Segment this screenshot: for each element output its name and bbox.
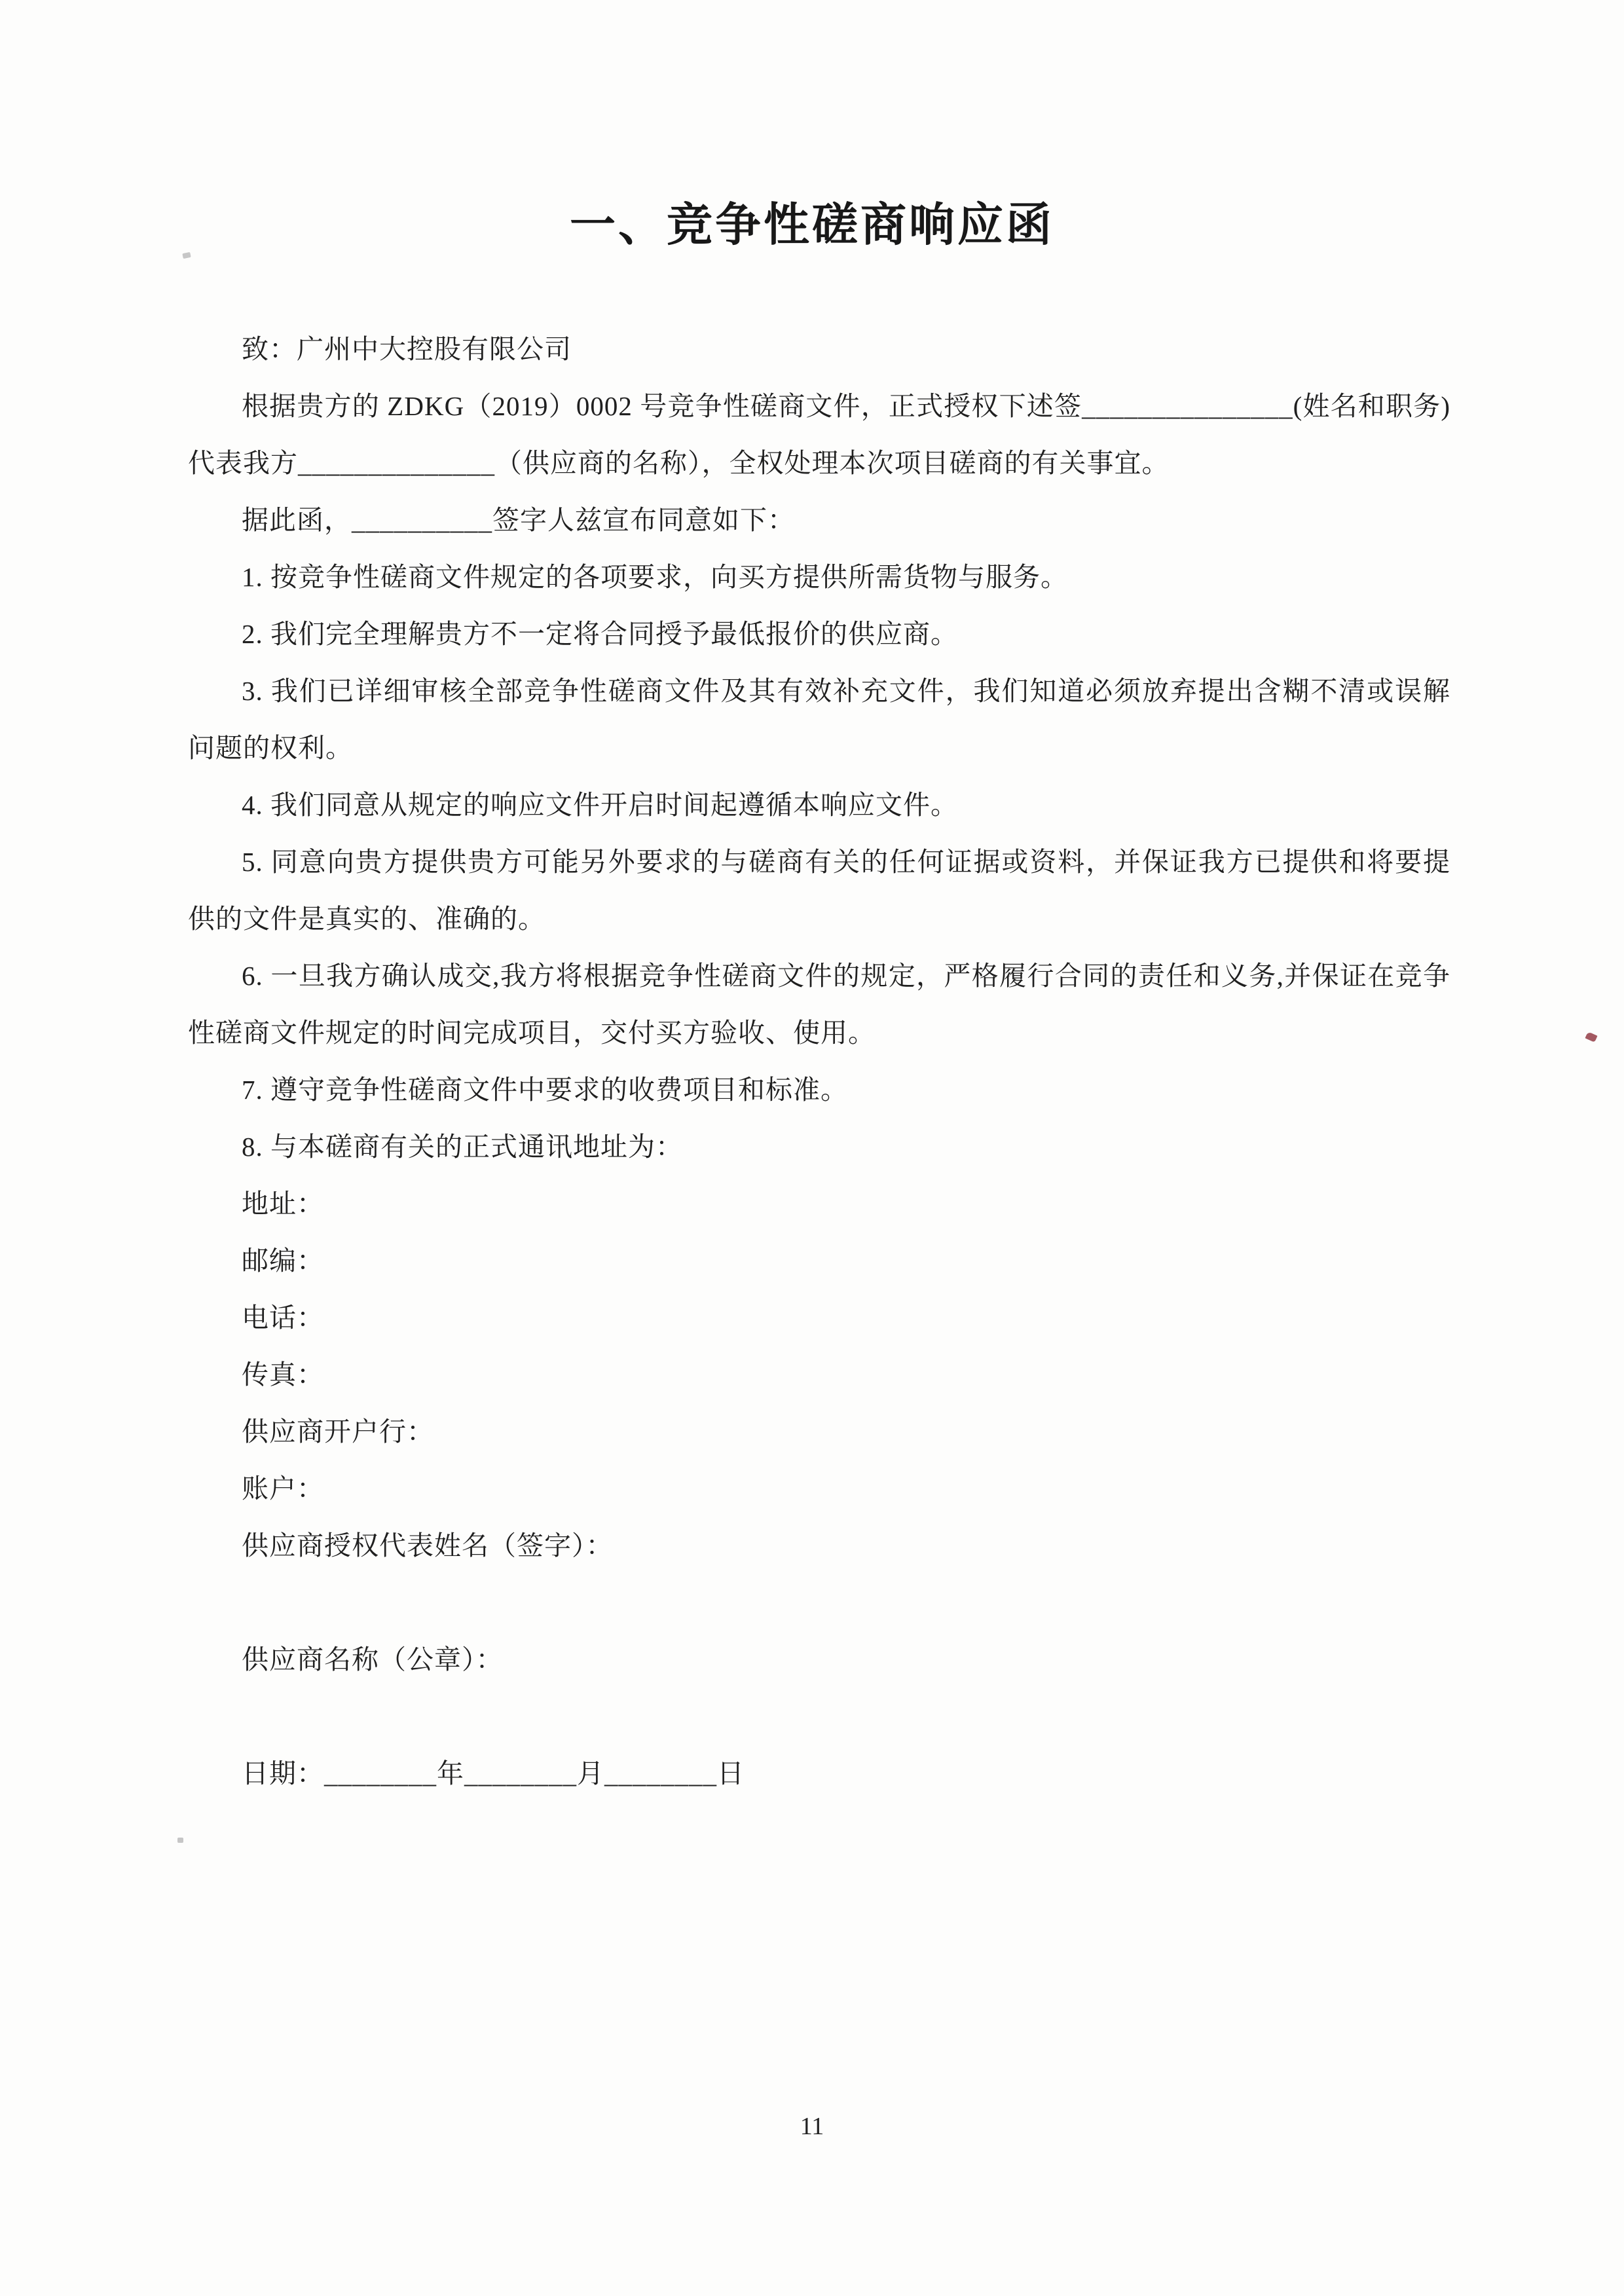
page-number: 11 xyxy=(0,2112,1624,2141)
term-2: 2. 我们完全理解贵方不一定将合同授予最低报价的供应商。 xyxy=(188,606,1450,663)
term-8: 8. 与本磋商有关的正式通讯地址为： xyxy=(188,1119,1450,1176)
bank-label-line: 供应商开户行： xyxy=(188,1403,1450,1460)
page-title: 一、竞争性磋商响应函 xyxy=(0,0,1624,255)
fax-label-line: 传真： xyxy=(188,1346,1450,1403)
account-label-line: 账户： xyxy=(188,1460,1450,1517)
phone-label-line: 电话： xyxy=(188,1289,1450,1346)
addressee-line: 致：广州中大控股有限公司 xyxy=(188,321,1450,378)
term-7: 7. 遵守竞争性磋商文件中要求的收费项目和标准。 xyxy=(188,1062,1450,1119)
term-6: 6. 一旦我方确认成交,我方将根据竞争性磋商文件的规定，严格履行合同的责任和义务… xyxy=(188,948,1450,1062)
term-4: 4. 我们同意从规定的响应文件开启时间起遵循本响应文件。 xyxy=(188,777,1450,834)
term-5: 5. 同意向贵方提供贵方可能另外要求的与磋商有关的任何证据或资料，并保证我方已提… xyxy=(188,834,1450,948)
term-3: 3. 我们已详细审核全部竞争性磋商文件及其有效补充文件，我们知道必须放弃提出含糊… xyxy=(188,663,1450,777)
signature-label-line: 供应商授权代表姓名（签字）： xyxy=(188,1517,1450,1574)
term-1: 1. 按竞争性磋商文件规定的各项要求，向买方提供所需货物与服务。 xyxy=(188,549,1450,606)
company-seal-line: 供应商名称（公章）： xyxy=(188,1631,1450,1688)
scan-artifact-speck xyxy=(177,1838,183,1843)
scanned-document-page: 一、竞争性磋商响应函 致：广州中大控股有限公司 根据贵方的 ZDKG（2019）… xyxy=(0,0,1624,2296)
address-label-line: 地址： xyxy=(188,1176,1450,1232)
document-body: 致：广州中大控股有限公司 根据贵方的 ZDKG（2019）0002 号竞争性磋商… xyxy=(0,321,1624,1802)
date-line: 日期：________年________月________日 xyxy=(188,1745,1450,1802)
declaration-intro-line: 据此函，__________签字人兹宣布同意如下： xyxy=(188,492,1450,549)
postcode-label-line: 邮编： xyxy=(188,1232,1450,1289)
authorization-paragraph: 根据贵方的 ZDKG（2019）0002 号竞争性磋商文件，正式授权下述签___… xyxy=(188,378,1450,492)
